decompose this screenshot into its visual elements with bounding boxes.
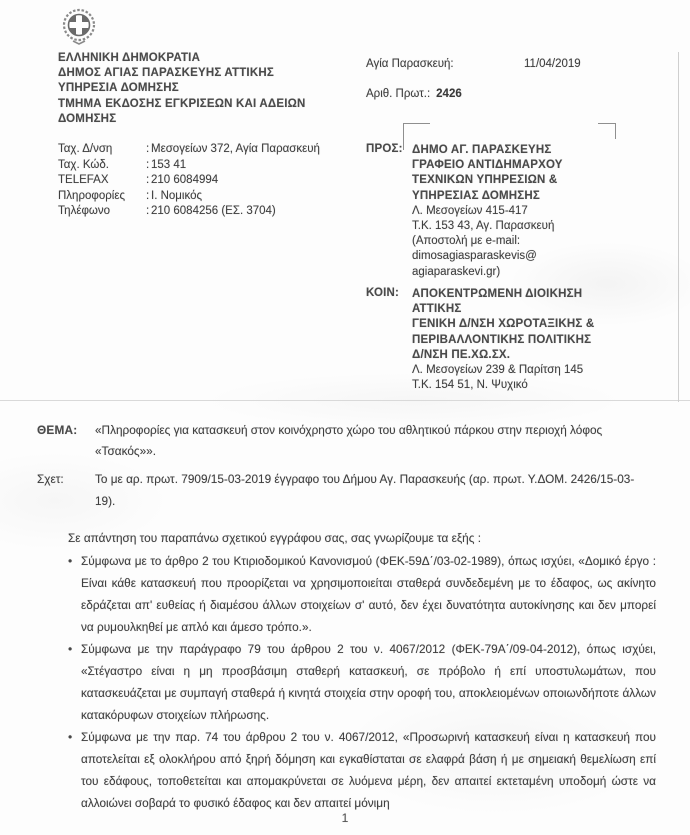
body-intro: Σε απάντηση του παραπάνω σχετικού εγγράφ…	[68, 527, 656, 549]
contact-row: TELEFAX : 210 6084994	[58, 173, 320, 189]
pros-line: ΥΠΗΡΕΣΙΑΣ ΔΟΜΗΣΗΣ	[412, 189, 622, 204]
pros-label: ΠΡΟΣ:	[366, 143, 403, 155]
pros-line: ΤΕΧΝΙΚΩΝ ΥΠΗΡΕΣΙΩΝ &	[412, 173, 622, 188]
contact-value: 153 41	[151, 158, 186, 174]
contact-label: Τηλέφωνο	[58, 204, 146, 220]
pros-line: ΔΗΜΟ ΑΓ. ΠΑΡΑΣΚΕΥΗΣ	[412, 143, 622, 158]
pros-line: (Αποστολή με e-mail:	[412, 234, 622, 249]
koin-line: Λ. Μεσογείων 239 & Παρίτση 145	[412, 363, 642, 378]
koin-label: ΚΟΙΝ:	[366, 287, 399, 299]
bullet-item: Σύμφωνα με την παρ. 74 του άρθρου 2 του …	[68, 726, 656, 814]
place-label: Αγία Παρασκευή:	[366, 58, 454, 70]
bullet-item: Σύμφωνα με την παράγραφο 79 του άρθρου 2…	[68, 638, 656, 726]
contact-row: Ταχ. Δ/νση : Μεσογείων 372, Αγία Παρασκε…	[58, 142, 320, 158]
reference-label: Σχετ:	[37, 468, 95, 512]
pros-email-line: agiaparaskevi.gr)	[412, 265, 622, 280]
authority-line: ΥΠΗΡΕΣΙΑ ΔΟΜΗΣΗΣ	[58, 81, 358, 96]
authority-line: ΤΜΗΜΑ ΕΚΔΟΣΗΣ ΕΓΚΡΙΣΕΩΝ ΚΑΙ ΑΔΕΙΩΝ ΔΟΜΗΣ…	[58, 97, 358, 127]
protocol-line: Αριθ. Πρωτ.:2426	[366, 88, 462, 100]
contact-row: Ταχ. Κώδ. : 153 41	[58, 158, 320, 174]
contact-label: Ταχ. Κώδ.	[58, 158, 146, 174]
letter-body: Σε απάντηση του παραπάνω σχετικού εγγράφ…	[68, 527, 656, 814]
contact-value: Ι. Νομικός	[151, 189, 202, 205]
koin-line: Τ.Κ. 154 51, Ν. Ψυχικό	[412, 378, 642, 393]
protocol-number: 2426	[436, 88, 462, 100]
subject-text: «Πληροφορίες για κατασκευή στον κοινόχρη…	[95, 420, 652, 462]
document-date: 11/04/2019	[524, 58, 581, 70]
pros-line: Λ. Μεσογείων 415-417	[412, 204, 622, 219]
pros-address-block: ΔΗΜΟ ΑΓ. ΠΑΡΑΣΚΕΥΗΣ ΓΡΑΦΕΙΟ ΑΝΤΙΔΗΜΑΡΧΟΥ…	[412, 143, 622, 280]
protocol-label: Αριθ. Πρωτ.:	[366, 88, 430, 100]
address-corner-mark-right	[598, 123, 616, 139]
page-number: 1	[0, 811, 690, 825]
reference-line: Σχετ: Το με αρ. πρωτ. 7909/15-03-2019 έγ…	[37, 468, 652, 512]
pros-line: ΓΡΑΦΕΙΟ ΑΝΤΙΔΗΜΑΡΧΟΥ	[412, 158, 622, 173]
bullet-item: Σύμφωνα με το άρθρο 2 του Κτιριοδομικού …	[68, 550, 656, 638]
subject-line: ΘΕΜΑ: «Πληροφορίες για κατασκευή στον κο…	[37, 420, 652, 462]
authority-line: ΔΗΜΟΣ ΑΓΙΑΣ ΠΑΡΑΣΚΕΥΗΣ ΑΤΤΙΚΗΣ	[58, 66, 358, 81]
issuing-authority-block: ΕΛΛΗΝΙΚΗ ΔΗΜΟΚΡΑΤΙΑ ΔΗΜΟΣ ΑΓΙΑΣ ΠΑΡΑΣΚΕΥ…	[58, 51, 358, 127]
koin-line: ΓΕΝΙΚΗ Δ/ΝΣΗ ΧΩΡΟΤΑΞΙΚΗΣ &	[412, 317, 642, 332]
contact-value: 210 6084994	[151, 173, 218, 189]
contact-info-block: Ταχ. Δ/νση : Μεσογείων 372, Αγία Παρασκε…	[58, 142, 320, 220]
horizontal-rule	[0, 400, 690, 401]
contact-label: TELEFAX	[58, 173, 146, 189]
pros-line: Τ.Κ. 153 43, Αγ. Παρασκευή	[412, 219, 622, 234]
koin-address-block: ΑΠΟΚΕΝΤΡΩΜΕΝΗ ΔΙΟΙΚΗΣΗ ΑΤΤΙΚΗΣ ΓΕΝΙΚΗ Δ/…	[412, 287, 642, 393]
contact-row: Τηλέφωνο : 210 6084256 (ΕΣ. 3704)	[58, 204, 320, 220]
koin-line: ΠΕΡΙΒΑΛΛΟΝΤΙΚΗΣ ΠΟΛΙΤΙΚΗΣ	[412, 333, 642, 348]
koin-line: Δ/ΝΣΗ ΠΕ.ΧΩ.ΣΧ.	[412, 348, 642, 363]
koin-line: ΑΤΤΙΚΗΣ	[412, 302, 642, 317]
reference-text: Το με αρ. πρωτ. 7909/15-03-2019 έγγραφο …	[95, 468, 652, 512]
contact-label: Ταχ. Δ/νση	[58, 142, 146, 158]
pros-email-line: dimosagiasparaskevis@	[412, 249, 622, 264]
contact-value: 210 6084256 (ΕΣ. 3704)	[151, 204, 276, 220]
contact-row: Πληροφορίες : Ι. Νομικός	[58, 189, 320, 205]
greek-national-emblem-icon	[62, 4, 96, 48]
contact-label: Πληροφορίες	[58, 189, 146, 205]
koin-line: ΑΠΟΚΕΝΤΡΩΜΕΝΗ ΔΙΟΙΚΗΣΗ	[412, 287, 642, 302]
authority-line: ΕΛΛΗΝΙΚΗ ΔΗΜΟΚΡΑΤΙΑ	[58, 51, 358, 66]
contact-value: Μεσογείων 372, Αγία Παρασκευή	[151, 142, 320, 158]
scanned-letter-page: { "header": { "emblem_icon": "greek-nati…	[0, 0, 690, 835]
page-edge-artifact	[678, 52, 679, 402]
subject-label: ΘΕΜΑ:	[37, 420, 95, 462]
